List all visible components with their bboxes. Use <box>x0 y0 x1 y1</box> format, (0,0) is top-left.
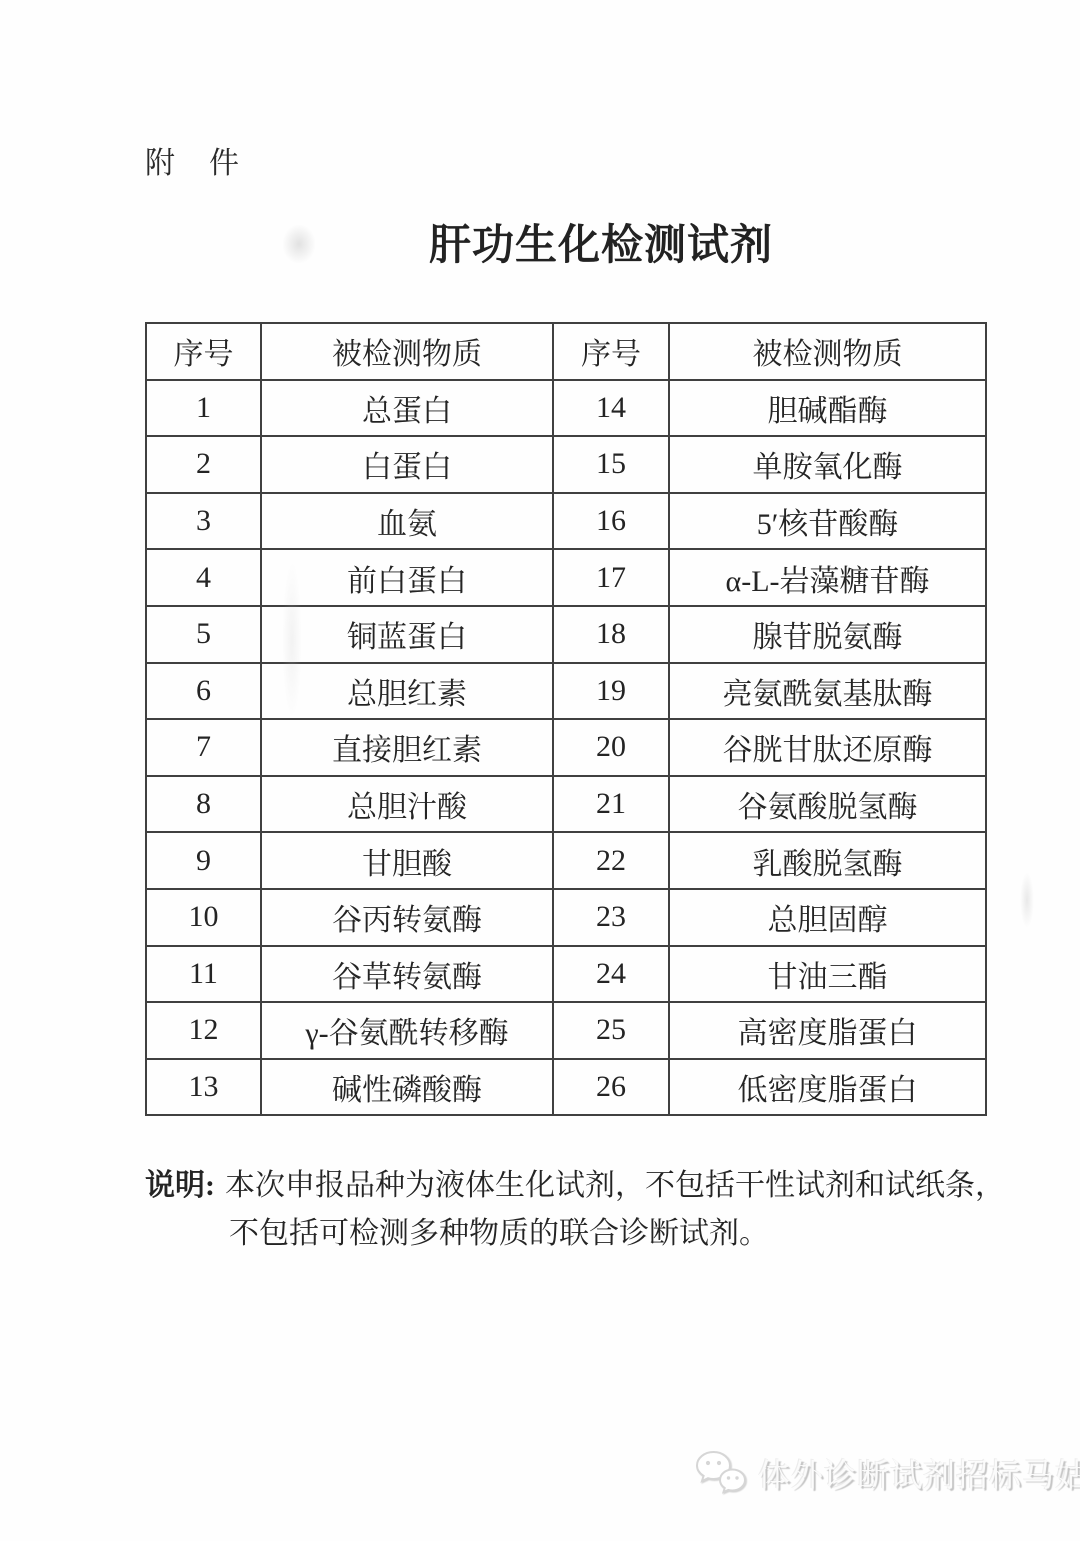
substance-cell: 低密度脂蛋白 <box>669 1059 986 1116</box>
table-row: 12 γ-谷氨酰转移酶 25 高密度脂蛋白 <box>146 1002 986 1059</box>
substance-cell: 谷胱甘肽还原酶 <box>669 719 986 776</box>
table-row: 9 甘胆酸 22 乳酸脱氢酶 <box>146 832 986 889</box>
row-number-cell: 19 <box>553 663 669 720</box>
row-number-cell: 9 <box>146 832 261 889</box>
header-substance-right: 被检测物质 <box>669 323 986 380</box>
table-row: 4 前白蛋白 17 α-L-岩藻糖苷酶 <box>146 549 986 606</box>
substance-cell: 单胺氧化酶 <box>669 436 986 493</box>
table-row: 11 谷草转氨酶 24 甘油三酯 <box>146 946 986 1003</box>
substance-cell: 亮氨酰氨基肽酶 <box>669 663 986 720</box>
table-row: 3 血氨 16 5′核苷酸酶 <box>146 493 986 550</box>
table-row: 6 总胆红素 19 亮氨酰氨基肽酶 <box>146 663 986 720</box>
row-number-cell: 22 <box>553 832 669 889</box>
substance-cell: 高密度脂蛋白 <box>669 1002 986 1059</box>
substance-cell: 谷丙转氨酶 <box>261 889 553 946</box>
wechat-icon <box>692 1448 750 1498</box>
substance-cell: 直接胆红素 <box>261 719 553 776</box>
table-row: 2 白蛋白 15 单胺氧化酶 <box>146 436 986 493</box>
row-number-cell: 8 <box>146 776 261 833</box>
substance-cell: 血氨 <box>261 493 553 550</box>
page-title: 肝功生化检测试剂 <box>0 212 1080 272</box>
row-number-cell: 26 <box>553 1059 669 1116</box>
substance-cell: 总胆红素 <box>261 663 553 720</box>
substance-cell: 前白蛋白 <box>261 549 553 606</box>
substance-cell: 甘胆酸 <box>261 832 553 889</box>
watermark-text: 体外诊断试剂招标马姑娘 <box>758 1450 1080 1496</box>
attachment-label: 附 件 <box>145 138 241 182</box>
note-text-line-1: 本次申报品种为液体生化试剂，不包括干性试剂和试纸条， <box>225 1169 1005 1202</box>
substance-cell: 白蛋白 <box>261 436 553 493</box>
row-number-cell: 15 <box>553 436 669 493</box>
substance-cell: 乳酸脱氢酶 <box>669 832 986 889</box>
row-number-cell: 21 <box>553 776 669 833</box>
row-number-cell: 13 <box>146 1059 261 1116</box>
substance-cell: 碱性磷酸酶 <box>261 1059 553 1116</box>
watermark: 体外诊断试剂招标马姑娘 <box>692 1448 1080 1498</box>
note-section: 说明:本次申报品种为液体生化试剂，不包括干性试剂和试纸条， 不包括可检测多种物质… <box>145 1162 1025 1258</box>
header-serial-right: 序号 <box>553 323 669 380</box>
substance-cell: 铜蓝蛋白 <box>261 606 553 663</box>
row-number-cell: 2 <box>146 436 261 493</box>
note-line-1: 说明:本次申报品种为液体生化试剂，不包括干性试剂和试纸条， <box>145 1162 1025 1210</box>
row-number-cell: 7 <box>146 719 261 776</box>
table-header-row: 序号 被检测物质 序号 被检测物质 <box>146 323 986 380</box>
note-text-line-2: 不包括可检测多种物质的联合诊断试剂。 <box>229 1210 1025 1258</box>
substance-cell: 甘油三酯 <box>669 946 986 1003</box>
table-row: 7 直接胆红素 20 谷胱甘肽还原酶 <box>146 719 986 776</box>
row-number-cell: 16 <box>553 493 669 550</box>
substance-cell: 胆碱酯酶 <box>669 380 986 437</box>
substance-cell: 总胆固醇 <box>669 889 986 946</box>
note-label: 说明: <box>145 1169 215 1202</box>
row-number-cell: 3 <box>146 493 261 550</box>
scan-smudge <box>1020 872 1034 928</box>
row-number-cell: 24 <box>553 946 669 1003</box>
row-number-cell: 11 <box>146 946 261 1003</box>
substance-cell: α-L-岩藻糖苷酶 <box>669 549 986 606</box>
row-number-cell: 25 <box>553 1002 669 1059</box>
row-number-cell: 17 <box>553 549 669 606</box>
row-number-cell: 18 <box>553 606 669 663</box>
row-number-cell: 1 <box>146 380 261 437</box>
row-number-cell: 6 <box>146 663 261 720</box>
row-number-cell: 12 <box>146 1002 261 1059</box>
substance-cell: 谷氨酸脱氢酶 <box>669 776 986 833</box>
substance-cell: 腺苷脱氨酶 <box>669 606 986 663</box>
row-number-cell: 10 <box>146 889 261 946</box>
reagents-table: 序号 被检测物质 序号 被检测物质 1 总蛋白 14 胆碱酯酶 2 白蛋白 15… <box>145 322 987 1116</box>
substance-cell: γ-谷氨酰转移酶 <box>261 1002 553 1059</box>
row-number-cell: 4 <box>146 549 261 606</box>
row-number-cell: 14 <box>553 380 669 437</box>
table-row: 5 铜蓝蛋白 18 腺苷脱氨酶 <box>146 606 986 663</box>
table-row: 8 总胆汁酸 21 谷氨酸脱氢酶 <box>146 776 986 833</box>
table-row: 10 谷丙转氨酶 23 总胆固醇 <box>146 889 986 946</box>
header-substance-left: 被检测物质 <box>261 323 553 380</box>
substance-cell: 谷草转氨酶 <box>261 946 553 1003</box>
substance-cell: 总蛋白 <box>261 380 553 437</box>
substance-cell: 5′核苷酸酶 <box>669 493 986 550</box>
row-number-cell: 5 <box>146 606 261 663</box>
table-row: 13 碱性磷酸酶 26 低密度脂蛋白 <box>146 1059 986 1116</box>
substance-cell: 总胆汁酸 <box>261 776 553 833</box>
scanned-document-page: 附 件 肝功生化检测试剂 序号 被检测物质 序号 被检测物质 1 总蛋白 14 … <box>0 0 1080 1541</box>
row-number-cell: 23 <box>553 889 669 946</box>
row-number-cell: 20 <box>553 719 669 776</box>
table-row: 1 总蛋白 14 胆碱酯酶 <box>146 380 986 437</box>
header-serial-left: 序号 <box>146 323 261 380</box>
